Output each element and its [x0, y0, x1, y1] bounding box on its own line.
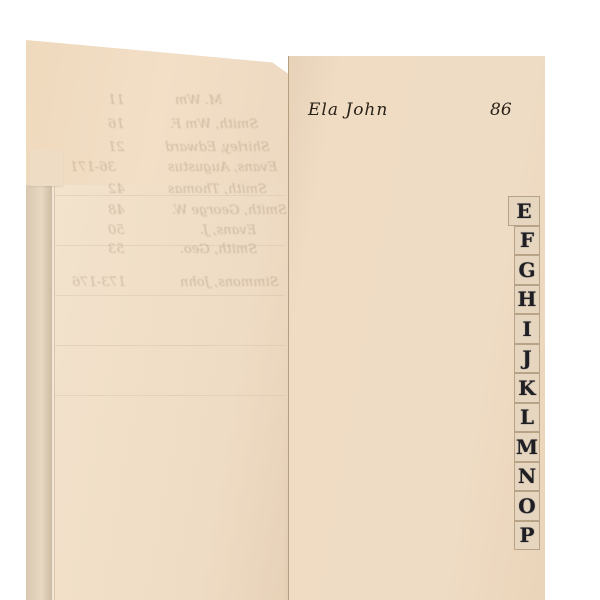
right-page [288, 56, 545, 600]
bleed-num: 21 [108, 140, 125, 155]
index-tab-i[interactable]: I [514, 314, 540, 344]
index-tab-f[interactable]: F [514, 226, 540, 256]
index-tab-p[interactable]: P [514, 521, 540, 551]
bleed-entry: Evans, Augustus [168, 160, 277, 175]
bleed-num: 53 [108, 242, 125, 257]
index-tab-e[interactable]: E [508, 196, 540, 226]
bleed-entry: Evans, J. [200, 223, 256, 238]
index-tab-o[interactable]: O [514, 491, 540, 521]
index-tab-j[interactable]: J [514, 344, 540, 374]
index-tab-l[interactable]: L [514, 403, 540, 433]
bleed-entry: Smith, Geo. [180, 242, 257, 257]
left-page-stub [26, 185, 54, 600]
bleed-entry: Shirley, Edward [165, 140, 270, 155]
bleed-entry: Smith, George W. [172, 203, 287, 218]
index-tab-g[interactable]: G [514, 255, 540, 285]
bleed-entry: M. Wm [175, 93, 222, 108]
folded-corner [30, 150, 63, 186]
bleed-num: 48 [108, 203, 125, 218]
bleed-num: 50 [108, 223, 125, 238]
bleed-num: 16 [108, 117, 125, 132]
bleed-entry: Smith, Thomas [168, 182, 267, 197]
index-tab-m[interactable]: M [514, 432, 540, 462]
bleed-num: 36-171 [70, 160, 116, 175]
bleed-entry: Smith, Wm F. [170, 117, 258, 132]
index-tabs: E F G H I J K L M N O P [512, 196, 542, 550]
bleed-num: 42 [108, 182, 125, 197]
bleed-num: 173-176 [72, 275, 126, 290]
index-tab-n[interactable]: N [514, 462, 540, 492]
page-heading: Ela John [308, 100, 388, 120]
bleed-entry: Simmons, John [180, 275, 279, 290]
page-number: 86 [490, 100, 512, 120]
bleed-num: 11 [108, 93, 125, 108]
index-tab-h[interactable]: H [514, 285, 540, 315]
notebook: M. Wm 11 Smith, Wm F. 16 Shirley, Edward… [0, 0, 600, 600]
index-tab-k[interactable]: K [514, 373, 540, 403]
